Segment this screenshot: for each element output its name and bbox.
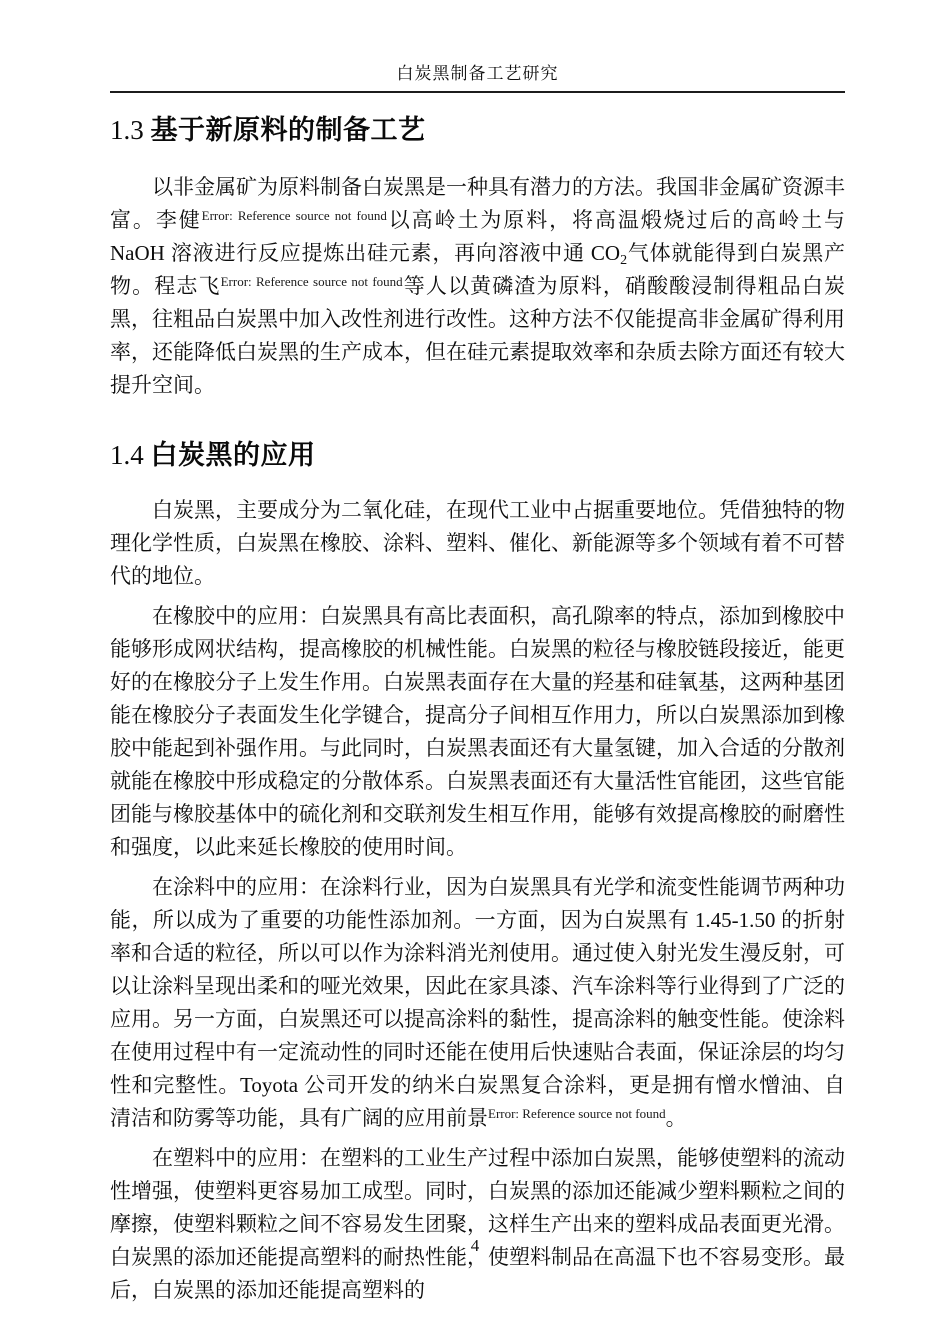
- document-page: 白炭黑制备工艺研究 1.3 基于新原料的制备工艺以非金属矿为原料制备白炭黑是一种…: [0, 0, 950, 1344]
- paragraph: 在塑料中的应用：在塑料的工业生产过程中添加白炭黑，能够使塑料的流动性增强，使塑料…: [110, 1142, 845, 1307]
- page-number: 4: [0, 1236, 950, 1256]
- paragraph: 在涂料中的应用：在涂料行业，因为白炭黑具有光学和流变性能调节两种功能，所以成为了…: [110, 871, 845, 1135]
- section-heading: 1.4 白炭黑的应用: [110, 438, 845, 472]
- text-run: 在橡胶中的应用：白炭黑具有高比表面积，高孔隙率的特点，添加到橡胶中能够形成网状结…: [110, 604, 845, 859]
- paragraph: 白炭黑，主要成分为二氧化硅，在现代工业中占据重要地位。凭借独特的物理化学性质，白…: [110, 494, 845, 593]
- text-run: 基于新原料的制备工艺: [151, 115, 426, 145]
- reference-error-superscript: Error: Reference source not found: [202, 208, 387, 223]
- reference-error-superscript: Error: Reference source not found: [488, 1106, 666, 1121]
- running-header-title: 白炭黑制备工艺研究: [110, 63, 845, 85]
- heading-number: 1.3: [110, 115, 151, 145]
- section-heading: 1.3 基于新原料的制备工艺: [110, 113, 845, 147]
- text-run: 在塑料中的应用：在塑料的工业生产过程中添加白炭黑，能够使塑料的流动性增强，使塑料…: [110, 1146, 845, 1302]
- text-run: 。: [666, 1106, 687, 1130]
- paragraph: 以非金属矿为原料制备白炭黑是一种具有潜力的方法。我国非金属矿资源丰富。李健Err…: [110, 171, 845, 402]
- document-body: 1.3 基于新原料的制备工艺以非金属矿为原料制备白炭黑是一种具有潜力的方法。我国…: [110, 113, 845, 1307]
- heading-number: 1.4: [110, 440, 151, 470]
- page-header: 白炭黑制备工艺研究: [110, 0, 845, 93]
- text-run: 白炭黑，主要成分为二氧化硅，在现代工业中占据重要地位。凭借独特的物理化学性质，白…: [110, 498, 845, 588]
- paragraph: 在橡胶中的应用：白炭黑具有高比表面积，高孔隙率的特点，添加到橡胶中能够形成网状结…: [110, 600, 845, 864]
- text-run: 在涂料中的应用：在涂料行业，因为白炭黑具有光学和流变性能调节两种功能，所以成为了…: [110, 875, 845, 1130]
- sections-container: 1.3 基于新原料的制备工艺以非金属矿为原料制备白炭黑是一种具有潜力的方法。我国…: [110, 113, 845, 1307]
- reference-error-superscript: Error: Reference source not found: [221, 274, 403, 289]
- text-run: 白炭黑的应用: [151, 440, 316, 470]
